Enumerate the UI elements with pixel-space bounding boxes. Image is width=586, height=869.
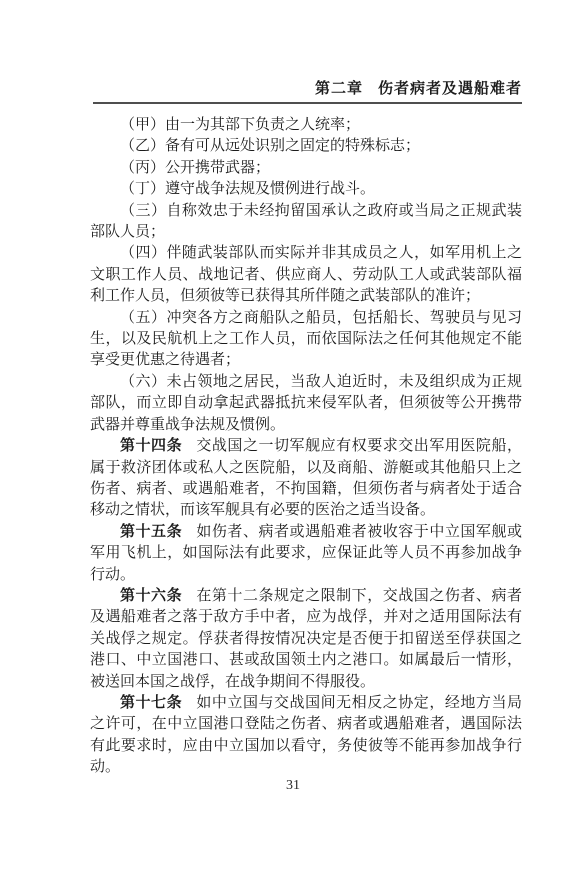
article-16: 第十六条在第十二条规定之限制下，交战国之伤者、病者及遇船难者之落于敌方手中者，应…	[90, 586, 522, 693]
paragraph-text: （四）伴随武装部队而实际并非其成员之人，如军用机上之文职工作人员、战地记者、供应…	[90, 245, 522, 304]
article-number: 第十五条	[120, 524, 182, 540]
paragraph-text: （丙）公开携带武器；	[120, 160, 270, 176]
list-item-6: （六）未占领地之居民，当敌人迫近时，未及组织成为正规部队，而立即自动拿起武器抵抗…	[90, 372, 522, 436]
paragraph-text: （乙）备有可从远处识别之固定的特殊标志；	[120, 138, 420, 154]
article-15: 第十五条如伤者、病者或遇船难者被收容于中立国军舰或军用飞机上，如国际法有此要求，…	[90, 522, 522, 586]
paragraph-text: （六）未占领地之居民，当敌人迫近时，未及组织成为正规部队，而立即自动拿起武器抵抗…	[90, 374, 522, 433]
body-text: （甲）由一为其部下负责之人统率； （乙）备有可从远处识别之固定的特殊标志； （丙…	[90, 115, 522, 779]
paragraph-text: （三）自称效忠于未经拘留国承认之政府或当局之正规武装部队人员；	[90, 203, 522, 240]
chapter-title: 伤者病者及遇船难者	[378, 80, 522, 97]
paragraph-text: （丁）遵守战争法规及惯例进行战斗。	[120, 181, 375, 197]
document-page: 第二章伤者病者及遇船难者 （甲）由一为其部下负责之人统率； （乙）备有可从远处识…	[0, 0, 586, 869]
running-header: 第二章伤者病者及遇船难者	[315, 77, 522, 98]
paragraph-text: （五）冲突各方之商船队之船员，包括船长、驾驶员与见习生，以及民航机上之工作人员，…	[90, 310, 522, 369]
list-item-4: （四）伴随武装部队而实际并非其成员之人，如军用机上之文职工作人员、战地记者、供应…	[90, 243, 522, 307]
chapter-number: 第二章	[315, 80, 363, 97]
page-number: 31	[0, 778, 586, 794]
list-item-5: （五）冲突各方之商船队之船员，包括船长、驾驶员与见习生，以及民航机上之工作人员，…	[90, 308, 522, 372]
article-number: 第十七条	[120, 695, 182, 711]
article-14: 第十四条交战国之一切军舰应有权要求交出军用医院船，属于救济团体或私人之医院船，以…	[90, 436, 522, 522]
article-number: 第十六条	[120, 588, 182, 604]
paragraph-text: （甲）由一为其部下负责之人统率；	[120, 117, 360, 133]
article-17: 第十七条如中立国与交战国间无相反之协定，经地方当局之许可，在中立国港口登陆之伤者…	[90, 693, 522, 779]
list-item-3: （三）自称效忠于未经拘留国承认之政府或当局之正规武装部队人员；	[90, 201, 522, 244]
list-item-ding: （丁）遵守战争法规及惯例进行战斗。	[90, 179, 522, 200]
list-item-jia: （甲）由一为其部下负责之人统率；	[90, 115, 522, 136]
list-item-bing: （丙）公开携带武器；	[90, 158, 522, 179]
list-item-yi: （乙）备有可从远处识别之固定的特殊标志；	[90, 136, 522, 157]
header-rule	[93, 102, 522, 104]
article-number: 第十四条	[120, 438, 182, 454]
